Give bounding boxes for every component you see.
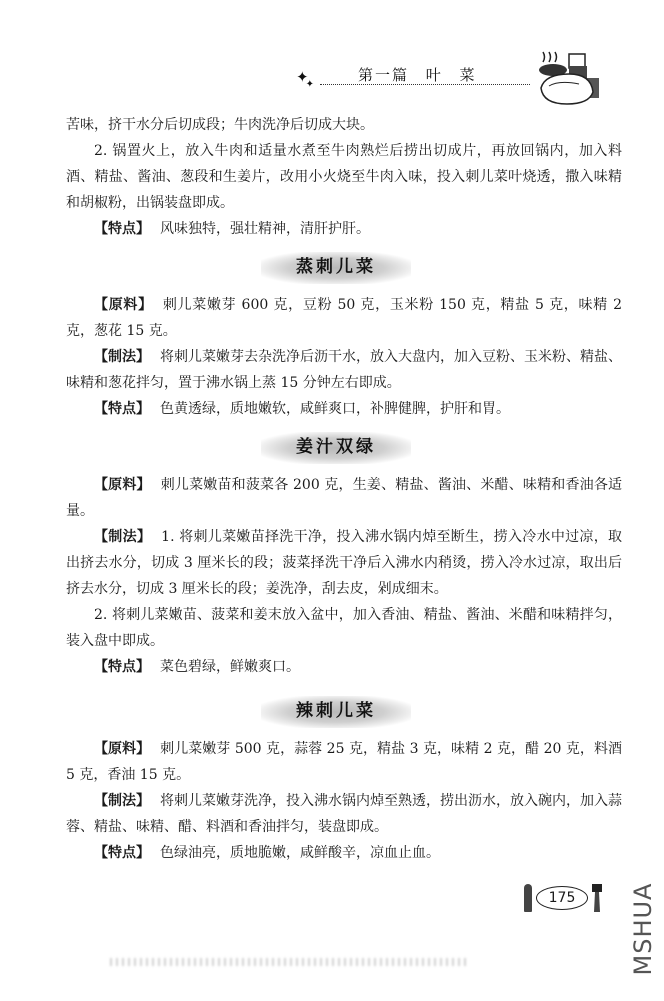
fork-icon [592,884,602,912]
method-step-2: 2. 将刺儿菜嫩苗、菠菜和姜末放入盆中，加入香油、精盐、酱油、米醋和味精拌匀，装… [66,602,622,654]
method-line: 【制法】1. 将刺儿菜嫩苗择洗干净，投入沸水锅内焯至断生，捞入冷水中过凉，取出挤… [66,524,622,602]
recipe-heading: 辣刺儿菜 [66,690,622,734]
continued-step-2: 2. 锅置火上，放入牛肉和适量水煮至牛肉熟烂后捞出切成片，再放回锅内，加入料酒、… [66,138,622,216]
scan-bleed-through [110,958,470,966]
method-label: 【制法】 [94,529,151,545]
running-header: ✦✦ 第一篇 叶 菜 [300,60,530,90]
method-label: 【制法】 [94,349,150,365]
chef-illustration-icon [535,48,605,108]
page-number-badge: 175 [522,884,606,914]
page-number: 175 [536,886,588,910]
header-dotted-rule [320,84,530,85]
feature-line: 【特点】色绿油亮，质地脆嫩，咸鲜酸辛，凉血止血。 [66,840,622,866]
feature-line: 【特点】菜色碧绿，鲜嫩爽口。 [66,654,622,680]
recipe-heading: 蒸刺儿菜 [66,246,622,290]
ingredients-line: 【原料】刺儿菜嫩苗和菠菜各 200 克，生姜、精盐、酱油、米醋、味精和香油各适量… [66,472,622,524]
recipe-title: 辣刺儿菜 [276,698,396,724]
ingredients-line: 【原料】刺儿菜嫩芽 600 克，豆粉 50 克，玉米粉 150 克，精盐 5 克… [66,292,622,344]
feature-line: 【特点】色黄透绿，质地嫩软，咸鲜爽口，补脾健脾，护肝和胃。 [66,396,622,422]
feature-label: 【特点】 [94,221,150,237]
feature-text: 色黄透绿，质地嫩软，咸鲜爽口，补脾健脾，护肝和胃。 [160,401,510,417]
method-line: 【制法】将刺儿菜嫩芽去杂洗净后沥干水，放入大盘内，加入豆粉、玉米粉、精盐、味精和… [66,344,622,396]
method-line: 【制法】将刺儿菜嫩芽洗净，投入沸水锅内焯至熟透，捞出沥水，放入碗内，加入蒜蓉、精… [66,788,622,840]
chapter-title: 第一篇 叶 菜 [358,64,477,85]
feature-label: 【特点】 [94,845,150,861]
page-body: 苦味，挤干水分后切成段；牛肉洗净后切成大块。 2. 锅置火上，放入牛肉和适量水煮… [66,112,622,866]
ingredients-label: 【原料】 [94,477,151,493]
continued-text: 苦味，挤干水分后切成段；牛肉洗净后切成大块。 [66,112,622,138]
feature-line: 【特点】风味独特，强壮精神，清肝护肝。 [66,216,622,242]
watermark: MSHUA [628,870,658,990]
knife-icon [524,884,532,912]
recipe-title: 蒸刺儿菜 [276,254,396,280]
watermark-text: MSHUA [629,874,657,984]
feature-text: 菜色碧绿，鲜嫩爽口。 [160,659,300,675]
recipe-heading: 姜汁双绿 [66,426,622,470]
method-label: 【制法】 [94,793,150,809]
feature-text: 色绿油亮，质地脆嫩，咸鲜酸辛，凉血止血。 [160,845,440,861]
ingredients-line: 【原料】刺儿菜嫩芽 500 克，蒜蓉 25 克，精盐 3 克，味精 2 克，醋 … [66,736,622,788]
recipe-title: 姜汁双绿 [276,434,396,460]
sparkle-icon: ✦✦ [296,68,311,86]
feature-text: 风味独特，强壮精神，清肝护肝。 [160,221,370,237]
ingredients-label: 【原料】 [94,297,153,313]
feature-label: 【特点】 [94,401,150,417]
ingredients-label: 【原料】 [94,741,150,757]
feature-label: 【特点】 [94,659,150,675]
